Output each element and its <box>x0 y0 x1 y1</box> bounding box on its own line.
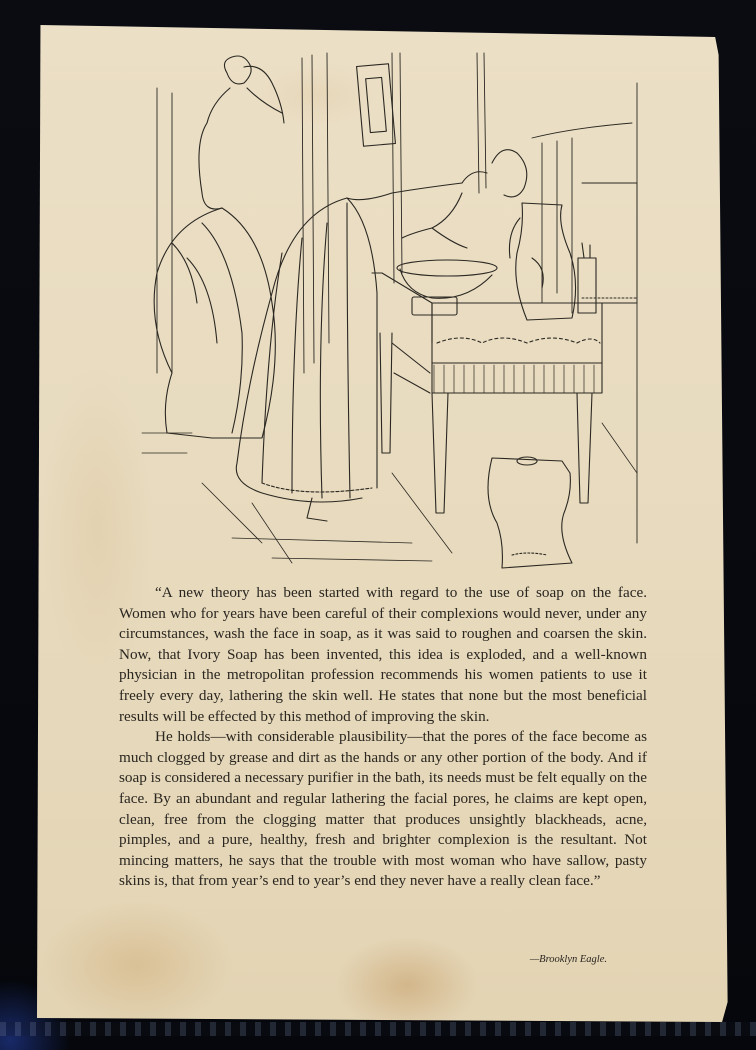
wash-basin-icon <box>397 260 497 298</box>
soap-dish-icon <box>412 297 457 315</box>
floor-rug-lines <box>142 423 637 563</box>
standing-woman-figure-icon <box>154 56 284 438</box>
illustration-engraving <box>132 43 652 573</box>
washstand-icon <box>372 273 602 513</box>
slop-jar-icon <box>488 457 572 568</box>
article-paragraph-1: “A new theory has been started with rega… <box>119 583 647 727</box>
source-attribution: —Brooklyn Eagle. <box>437 954 607 965</box>
washing-woman-figure-icon <box>236 150 526 521</box>
article-body: “A new theory has been started with rega… <box>119 583 647 892</box>
curtained-window-icon <box>532 123 637 313</box>
document-page: “A new theory has been started with rega… <box>37 25 729 1022</box>
framed-picture-icon <box>357 64 396 146</box>
scanner-edge-strip <box>0 1022 756 1036</box>
article-paragraph-2: He holds—with considerable plausibility—… <box>119 727 647 892</box>
wall-panel-lines <box>157 53 637 543</box>
